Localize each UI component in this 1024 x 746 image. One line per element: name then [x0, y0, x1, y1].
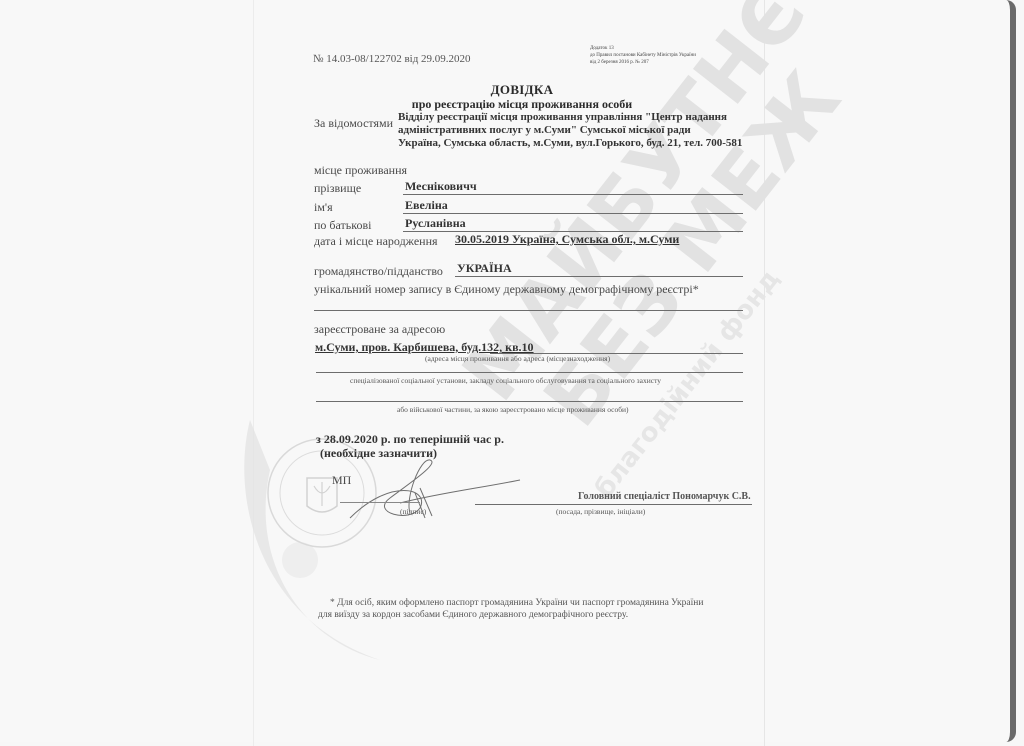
address-caption: (адреса місця проживання або адреса (міс… [425, 354, 610, 363]
source-label: За відомостями [314, 116, 393, 131]
citizenship-value: УКРАЇНА [457, 261, 512, 276]
official-name: Головний спеціаліст Пономарчук С.В. [578, 491, 751, 502]
appendix-line3: від 2 березня 2016 р. № 207 [590, 60, 649, 66]
official-caption: (посада, прізвище, ініціали) [556, 507, 645, 516]
section-residence: місце проживання [314, 163, 407, 178]
unique-number-label: унікальний номер запису в Єдиному держав… [314, 282, 699, 297]
registered-address-label: зареєстроване за адресою [314, 322, 445, 337]
surname-value: Месніковичч [405, 179, 477, 194]
citizenship-label: громадянство/підданство [314, 264, 443, 279]
appendix-line1: Додаток 13 [590, 46, 614, 52]
source-org-line1: Відділу реєстрації місця проживання упра… [398, 111, 727, 124]
document-reference: № 14.03-08/122702 від 29.09.2020 [313, 53, 471, 65]
document-title: ДОВІДКА [0, 82, 1024, 98]
footnote-line1: * Для осіб, яким оформлено паспорт грома… [330, 598, 703, 608]
surname-label: прізвище [314, 181, 361, 196]
institution-caption: спеціалізованої соціальної установи, зак… [350, 376, 661, 385]
signature-caption: (підпис) [400, 507, 426, 516]
signature [330, 458, 530, 528]
military-caption: або військової частини, за якою зареєстр… [397, 405, 629, 414]
appendix-line2: до Правил постанови Кабінету Міністрів У… [590, 53, 696, 59]
birth-value: 30.05.2019 Україна, Сумська обл., м.Суми [455, 232, 679, 247]
patronymic-value: Русланівна [405, 216, 466, 231]
document-subtitle: про реєстрацію місця проживання особи [0, 97, 1024, 112]
period-line1: з 28.09.2020 р. по теперішній час р. [316, 432, 504, 447]
name-value: Евеліна [405, 198, 448, 213]
source-org-line3: Україна, Сумська область, м.Суми, вул.Го… [398, 137, 742, 150]
footnote-line2: для виїзду за кордон засобами Єдиного де… [318, 610, 628, 620]
birth-label: дата і місце народження [314, 234, 438, 249]
patronymic-label: по батькові [314, 218, 371, 233]
name-label: ім'я [314, 200, 333, 215]
source-org-line2: адміністративних послуг у м.Суми" Сумськ… [398, 124, 691, 137]
